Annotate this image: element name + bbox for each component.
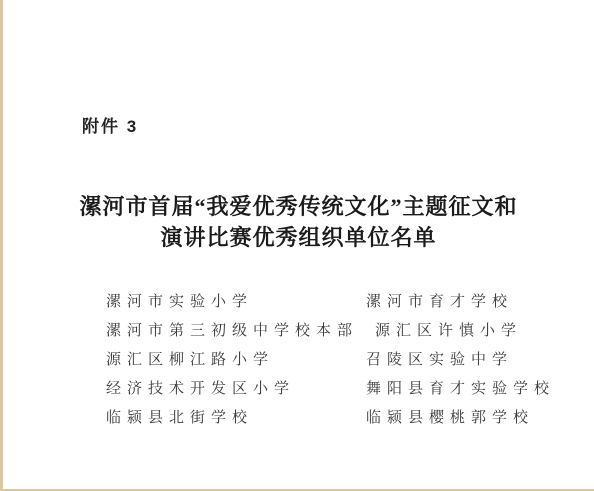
- title-line-1: 漯河市首届“我爱优秀传统文化”主题征文和: [3, 191, 594, 222]
- title-line-2: 演讲比赛优秀组织单位名单: [3, 222, 594, 253]
- org-name: 源汇区柳江路小学: [106, 348, 366, 369]
- org-name: 临颍县北街学校: [106, 406, 366, 427]
- org-name: 漯河市第三初级中学校本部: [106, 319, 366, 340]
- list-row: 漯河市实验小学 漯河市育才学校: [106, 286, 576, 315]
- org-name: 漯河市实验小学: [106, 290, 366, 311]
- list-row: 源汇区柳江路小学 召陵区实验中学: [106, 344, 576, 373]
- org-name: 源汇区许慎小学: [366, 319, 576, 340]
- document-title: 漯河市首届“我爱优秀传统文化”主题征文和 演讲比赛优秀组织单位名单: [3, 191, 594, 253]
- list-row: 漯河市第三初级中学校本部 源汇区许慎小学: [106, 315, 576, 344]
- attachment-label: 附件 3: [82, 112, 138, 137]
- org-name: 舞阳县育才实验学校: [366, 377, 576, 398]
- org-name: 召陵区实验中学: [366, 348, 576, 369]
- list-row: 经济技术开发区小学 舞阳县育才实验学校: [106, 373, 576, 402]
- document-page: 附件 3 漯河市首届“我爱优秀传统文化”主题征文和 演讲比赛优秀组织单位名单 漯…: [0, 0, 594, 491]
- organization-list: 漯河市实验小学 漯河市育才学校 漯河市第三初级中学校本部 源汇区许慎小学 源汇区…: [106, 286, 576, 431]
- org-name: 经济技术开发区小学: [106, 377, 366, 398]
- list-row: 临颍县北街学校 临颍县樱桃郭学校: [106, 402, 576, 431]
- org-name: 漯河市育才学校: [366, 290, 576, 311]
- org-name: 临颍县樱桃郭学校: [366, 406, 576, 427]
